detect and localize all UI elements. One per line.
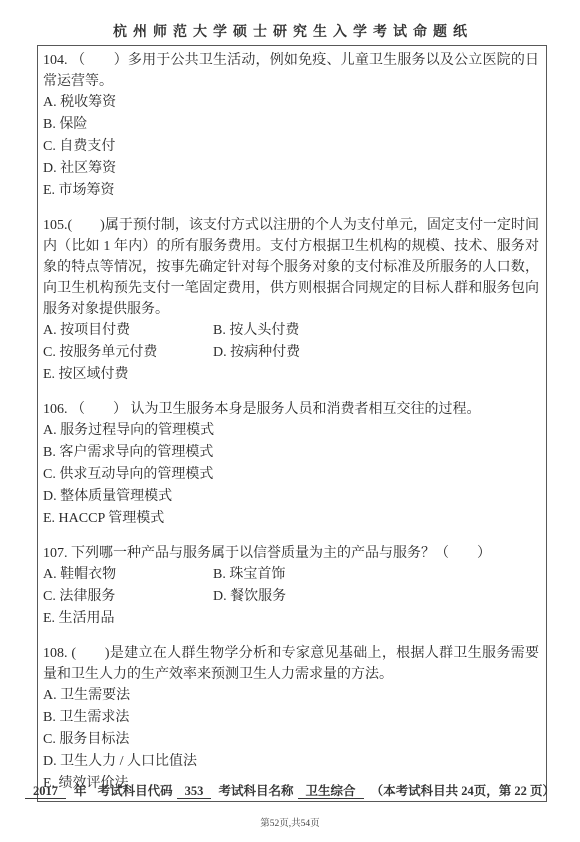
- option-e: E. 生活用品: [43, 608, 539, 630]
- option-c: C. 供求互动导向的管理模式: [43, 464, 539, 486]
- option-c: C. 自费支付: [43, 136, 539, 158]
- subject-name: 卫生综合: [298, 784, 364, 799]
- question-options: A. 卫生需要法 B. 卫生需求法 C. 服务目标法 D. 卫生人力 / 人口比…: [43, 685, 539, 795]
- subject-code-label: 考试科目代码: [98, 784, 173, 798]
- page-title: 杭州师范大学硕士研究生入学考试命题纸: [0, 0, 580, 41]
- option-e: E. 按区域付费: [43, 364, 539, 386]
- question-options: A. 鞋帽衣物 B. 珠宝首饰 C. 法律服务 D. 餐饮服务 E. 生活用品: [43, 564, 539, 630]
- question-stem: 107. 下列哪一种产品与服务属于以信誉质量为主的产品与服务？（ ）: [43, 543, 539, 564]
- subject-name-label: 考试科目名称: [218, 784, 293, 798]
- question-stem: 106. （ ） 认为卫生服务本身是服务人员和消费者相互交往的过程。: [43, 399, 539, 420]
- option-a: A. 卫生需要法: [43, 685, 539, 707]
- question-106: 106. （ ） 认为卫生服务本身是服务人员和消费者相互交往的过程。 A. 服务…: [43, 399, 539, 530]
- option-b: B. 卫生需求法: [43, 707, 539, 729]
- question-stem: 108. ( )是建立在人群生物学分析和专家意见基础上，根据人群卫生服务需要量和…: [43, 643, 539, 685]
- option-d: D. 餐饮服务: [213, 586, 539, 608]
- option-b: B. 保险: [43, 114, 539, 136]
- option-c: C. 服务目标法: [43, 729, 539, 751]
- option-a: A. 服务过程导向的管理模式: [43, 420, 539, 442]
- option-d: D. 整体质量管理模式: [43, 486, 539, 508]
- question-options: A. 税收筹资 B. 保险 C. 自费支付 D. 社区筹资 E. 市场筹资: [43, 92, 539, 202]
- question-stem: 104. （ ）多用于公共卫生活动，例如免疫、儿童卫生服务以及公立医院的日常运营…: [43, 50, 539, 92]
- question-104: 104. （ ）多用于公共卫生活动，例如免疫、儿童卫生服务以及公立医院的日常运营…: [43, 50, 539, 202]
- question-stem: 105.( )属于预付制，该支付方式以注册的个人为支付单元，固定支付一定时间内（…: [43, 215, 539, 320]
- question-105: 105.( )属于预付制，该支付方式以注册的个人为支付单元，固定支付一定时间内（…: [43, 215, 539, 386]
- option-e: E. HACCP 管理模式: [43, 508, 539, 530]
- question-options: A. 按项目付费 B. 按人头付费 C. 按服务单元付费 D. 按病种付费 E.…: [43, 320, 539, 386]
- option-d: D. 卫生人力 / 人口比值法: [43, 751, 539, 773]
- option-a: A. 鞋帽衣物: [43, 564, 213, 586]
- question-options: A. 服务过程导向的管理模式 B. 客户需求导向的管理模式 C. 供求互动导向的…: [43, 420, 539, 530]
- exam-subject-footer: 2017年 考试科目代码353 考试科目名称卫生综合 （本考试科目共 24页，第…: [0, 781, 580, 799]
- exam-year: 2017: [25, 784, 66, 799]
- option-e: E. 市场筹资: [43, 180, 539, 202]
- year-label: 年: [74, 784, 87, 798]
- pages-note: （本考试科目共 24页，第 22 页）: [371, 784, 555, 798]
- option-d: D. 按病种付费: [213, 342, 539, 364]
- option-d: D. 社区筹资: [43, 158, 539, 180]
- question-108: 108. ( )是建立在人群生物学分析和专家意见基础上，根据人群卫生服务需要量和…: [43, 643, 539, 795]
- option-row: C. 按服务单元付费 D. 按病种付费: [43, 342, 539, 364]
- option-c: C. 按服务单元付费: [43, 342, 213, 364]
- option-b: B. 珠宝首饰: [213, 564, 539, 586]
- subject-code: 353: [177, 784, 212, 799]
- option-row: A. 鞋帽衣物 B. 珠宝首饰: [43, 564, 539, 586]
- option-row: A. 按项目付费 B. 按人头付费: [43, 320, 539, 342]
- option-c: C. 法律服务: [43, 586, 213, 608]
- option-a: A. 税收筹资: [43, 92, 539, 114]
- option-row: C. 法律服务 D. 餐饮服务: [43, 586, 539, 608]
- exam-question-sheet: 104. （ ）多用于公共卫生活动，例如免疫、儿童卫生服务以及公立医院的日常运营…: [37, 45, 547, 802]
- page-number: 第52页,共54页: [0, 815, 580, 829]
- option-b: B. 客户需求导向的管理模式: [43, 442, 539, 464]
- option-b: B. 按人头付费: [213, 320, 539, 342]
- option-a: A. 按项目付费: [43, 320, 213, 342]
- question-107: 107. 下列哪一种产品与服务属于以信誉质量为主的产品与服务？（ ） A. 鞋帽…: [43, 543, 539, 630]
